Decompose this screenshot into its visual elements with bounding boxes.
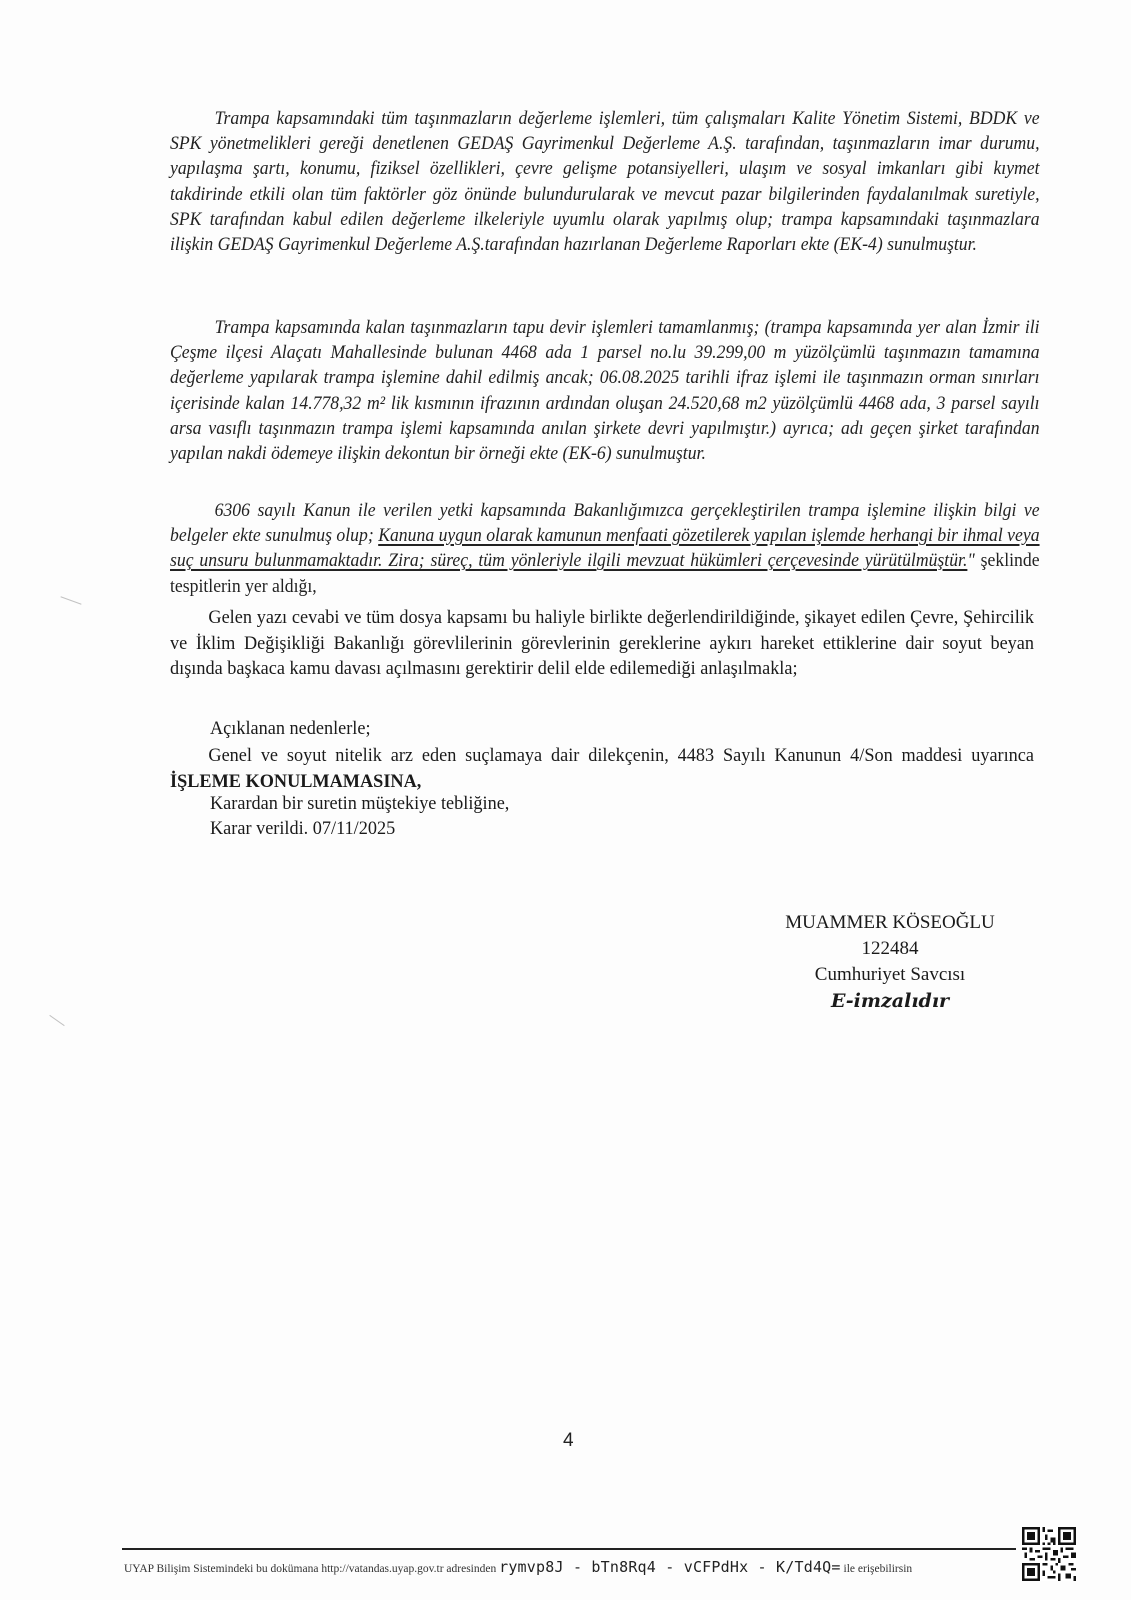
paragraph-text: Trampa kapsamındaki tüm taşınmazların de… [170,106,1040,257]
decision-verdict: İŞLEME KONULMAMASINA, [170,771,421,792]
paragraph-deed-transfer: Trampa kapsamında kalan taşınmazların ta… [170,315,1040,466]
verification-code: rymvp8J - bTn8Rq4 - vCFPdHx - K/Td4Q= [499,1558,841,1576]
paragraph-text: Trampa kapsamında kalan taşınmazların ta… [170,315,1040,466]
paragraph-ministry-statement: 6306 sayılı Kanun ile verilen yetki kaps… [170,498,1040,599]
decision-text: Genel ve soyut nitelik arz eden suçlamay… [208,745,1034,766]
paragraph-evaluation: Gelen yazı cevabi ve tüm dosya kapsamı b… [170,605,1034,682]
scan-mark [49,1015,64,1026]
notification-line: Karardan bir suretin müştekiye tebliğine… [210,793,509,815]
signer-name: MUAMMER KÖSEOĞLU [740,910,1040,936]
paragraph-text: Gelen yazı cevabi ve tüm dosya kapsamı b… [170,605,1034,682]
document-page: Trampa kapsamındaki tüm taşınmazların de… [0,0,1131,1600]
scan-mark [60,596,81,604]
signer-title: Cumhuriyet Savcısı [740,962,1040,988]
paragraph-decision: Genel ve soyut nitelik arz eden suçlamay… [170,743,1034,794]
e-signature-label: E-imzalıdır [740,988,1040,1014]
reasons-line: Açıklanan nedenlerle; [210,718,371,740]
footer-verification: UYAP Bilişim Sistemindeki bu dokümana ht… [124,1558,912,1576]
paragraph-valuation: Trampa kapsamındaki tüm taşınmazların de… [170,106,1040,257]
qr-code-icon [1022,1527,1076,1581]
footer-suffix: ile erişebilirsin [844,1563,913,1575]
signature-block: MUAMMER KÖSEOĞLU 122484 Cumhuriyet Savcı… [740,910,1040,1014]
footer-prefix: UYAP Bilişim Sistemindeki bu dokümana ht… [124,1563,496,1575]
decision-date-line: Karar verildi. 07/11/2025 [210,818,395,840]
signer-id: 122484 [740,936,1040,962]
footer-divider [122,1548,1016,1550]
page-number: 4 [563,1430,574,1452]
